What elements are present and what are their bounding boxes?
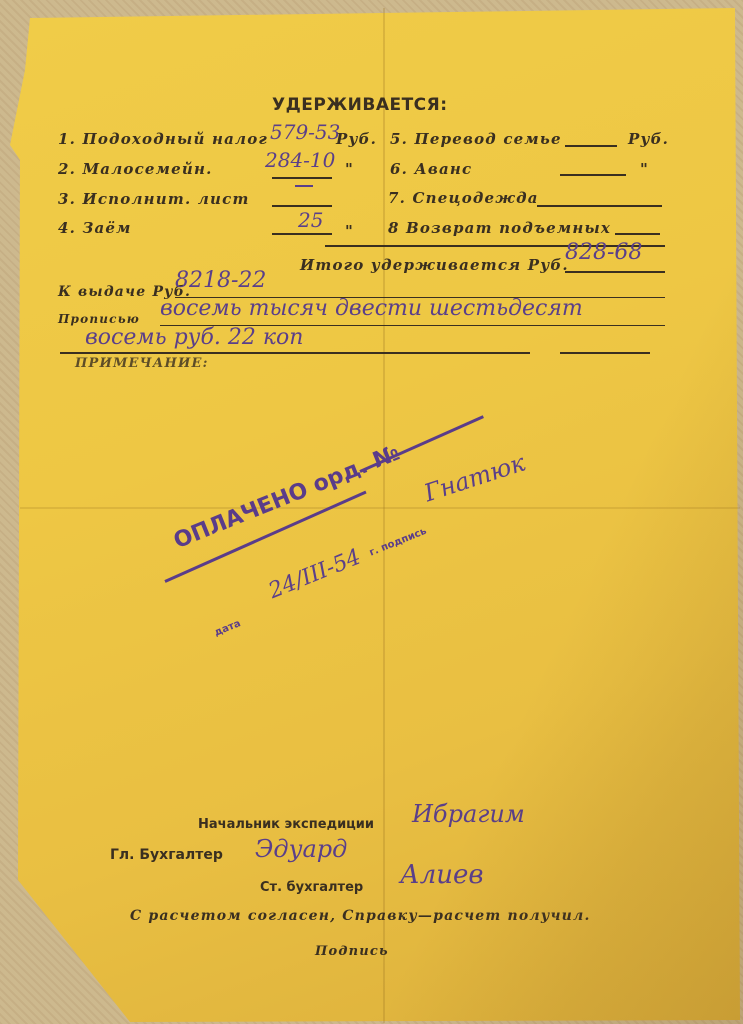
senior-accountant-signature: Алиев [400,860,484,890]
deduction-label-3: 3. Исполнит. лист [58,190,250,208]
in-words-underline-2 [60,352,530,354]
paper-sheet [0,0,743,1024]
deduction-value-1: 579-53 [270,120,340,144]
total-line [565,271,665,273]
chief-accountant-label: Гл. Бухгалтер [110,847,223,863]
deduction-label-2: 2. Малосемейн. [58,160,213,178]
deduction-label-6: 6. Аванс [390,160,472,178]
in-words-label: Прописью [58,312,140,326]
deduction-label-1: 1. Подоходный налог [58,130,268,148]
deduction-unit-2: " [345,160,354,178]
in-words-line-1: восемь тысяч двести шестьдесят [160,296,583,321]
total-value: 828-68 [565,240,642,265]
deduction-line-3 [272,205,332,207]
deduction-line-5 [565,145,617,147]
chief-accountant-signature: Эдуард [255,835,347,863]
deduction-label-8: 8 Возврат подъемных [388,219,611,237]
deduction-value-4: 25 [298,208,323,232]
deduction-unit-4: " [345,222,354,240]
document-title: УДЕРЖИВАЕТСЯ: [272,95,448,115]
in-words-line-2: восемь руб. 22 коп [85,325,303,350]
note-label: ПРИМЕЧАНИЕ: [75,356,209,371]
deduction-line-7 [537,205,662,207]
deduction-label-4: 4. Заём [58,219,132,237]
deduction-label-7: 7. Спецодежда [388,189,539,207]
total-label: Итого удерживается Руб. [300,256,569,274]
in-words-underline-3 [560,352,650,354]
deduction-unit-1: Руб. [336,130,377,148]
vertical-fold [383,8,385,1023]
signature-label: Подпись [315,944,389,959]
deduction-line-4 [272,233,332,235]
deduction-unit-6: " [640,160,649,178]
deduction-label-5: 5. Перевод семье [390,130,562,148]
deduction-line-8 [615,233,660,235]
senior-accountant-label: Ст. бухгалтер [260,880,363,895]
agreement-text: С расчетом согласен, Справку—расчет полу… [130,908,591,924]
chief-label: Начальник экспедиции [198,817,374,832]
deduction-line-2 [272,177,332,179]
deduction-value-2: 284-10 [265,148,335,172]
deduction-dash-3 [295,185,313,187]
payout-value: 8218-22 [175,268,266,293]
deduction-unit-5: Руб. [628,130,669,148]
horizontal-fold [20,507,740,509]
chief-signature: Ибрагим [412,800,525,828]
deduction-line-6 [560,174,626,176]
